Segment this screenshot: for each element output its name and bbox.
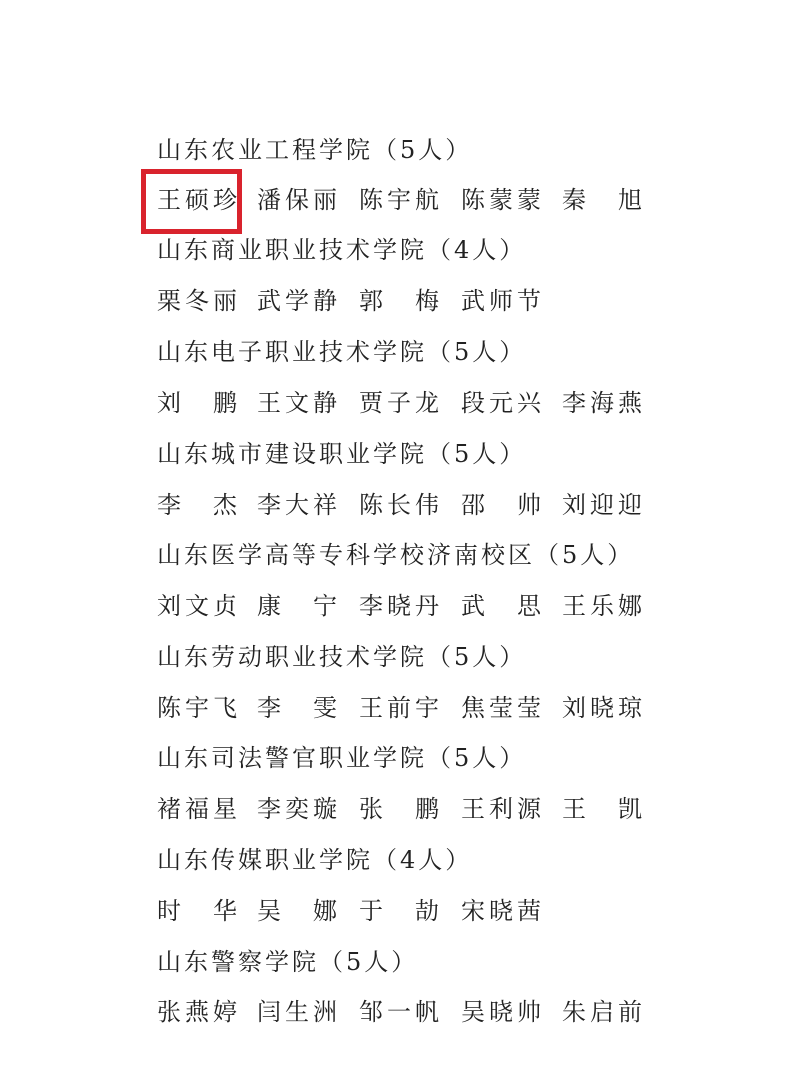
person-name: 刘鹏 — [157, 383, 237, 423]
section-heading: 山东城市建设职业学院（5人） — [157, 434, 526, 474]
person-name: 时华 — [157, 891, 237, 931]
person-name: 宋晓茜 — [461, 891, 541, 931]
document-page: 山东农业工程学院（5人）王硕珍潘保丽陈宇航陈蒙蒙秦旭山东商业职业技术学院（4人）… — [0, 0, 788, 1079]
person-name: 朱启前 — [562, 992, 642, 1032]
section-heading: 山东电子职业技术学院（5人） — [157, 332, 526, 372]
name-row: 时华吴娜于劼宋晓茜 — [157, 891, 657, 931]
person-name: 王凯 — [562, 789, 642, 829]
person-name: 栗冬丽 — [157, 281, 237, 321]
section-heading: 山东医学高等专科学校济南校区（5人） — [157, 535, 634, 575]
person-name: 秦旭 — [562, 180, 642, 220]
person-name: 刘迎迎 — [562, 485, 642, 525]
person-name: 陈宇飞 — [157, 688, 237, 728]
person-name: 贾子龙 — [359, 383, 439, 423]
person-name: 陈长伟 — [359, 485, 439, 525]
section-heading: 山东劳动职业技术学院（5人） — [157, 637, 526, 677]
person-name: 李海燕 — [562, 383, 642, 423]
person-name: 褚福星 — [157, 789, 237, 829]
name-row: 栗冬丽武学静郭梅武师节 — [157, 281, 657, 321]
highlight-box — [141, 169, 242, 234]
person-name: 陈宇航 — [359, 180, 439, 220]
person-name: 李晓丹 — [359, 586, 439, 626]
name-row: 褚福星李奕璇张鹏王利源王凯 — [157, 789, 657, 829]
person-name: 郭梅 — [359, 281, 439, 321]
person-name: 吴娜 — [257, 891, 337, 931]
person-name: 武师节 — [461, 281, 541, 321]
person-name: 刘文贞 — [157, 586, 237, 626]
person-name: 吴晓帅 — [461, 992, 541, 1032]
person-name: 王前宇 — [359, 688, 439, 728]
person-name: 张燕婷 — [157, 992, 237, 1032]
section-heading: 山东传媒职业学院（4人） — [157, 840, 472, 880]
name-row: 刘鹏王文静贾子龙段元兴李海燕 — [157, 383, 657, 423]
person-name: 刘晓琼 — [562, 688, 642, 728]
person-name: 李杰 — [157, 485, 237, 525]
person-name: 李奕璇 — [257, 789, 337, 829]
section-heading: 山东司法警官职业学院（5人） — [157, 738, 526, 778]
person-name: 李大祥 — [257, 485, 337, 525]
section-heading: 山东农业工程学院（5人） — [157, 130, 472, 170]
name-row: 张燕婷闫生洲邹一帆吴晓帅朱启前 — [157, 992, 657, 1032]
name-row: 陈宇飞李雯王前宇焦莹莹刘晓琼 — [157, 688, 657, 728]
person-name: 邹一帆 — [359, 992, 439, 1032]
section-heading: 山东商业职业技术学院（4人） — [157, 230, 526, 270]
name-row: 李杰李大祥陈长伟邵帅刘迎迎 — [157, 485, 657, 525]
person-name: 段元兴 — [461, 383, 541, 423]
person-name: 李雯 — [257, 688, 337, 728]
person-name: 陈蒙蒙 — [461, 180, 541, 220]
person-name: 康宁 — [257, 586, 337, 626]
person-name: 武学静 — [257, 281, 337, 321]
person-name: 焦莹莹 — [461, 688, 541, 728]
person-name: 王利源 — [461, 789, 541, 829]
person-name: 王乐娜 — [562, 586, 642, 626]
section-heading: 山东警察学院（5人） — [157, 942, 418, 982]
person-name: 潘保丽 — [257, 180, 337, 220]
person-name: 王文静 — [257, 383, 337, 423]
person-name: 武思 — [461, 586, 541, 626]
person-name: 闫生洲 — [257, 992, 337, 1032]
person-name: 邵帅 — [461, 485, 541, 525]
person-name: 于劼 — [359, 891, 439, 931]
person-name: 张鹏 — [359, 789, 439, 829]
name-row: 刘文贞康宁李晓丹武思王乐娜 — [157, 586, 657, 626]
